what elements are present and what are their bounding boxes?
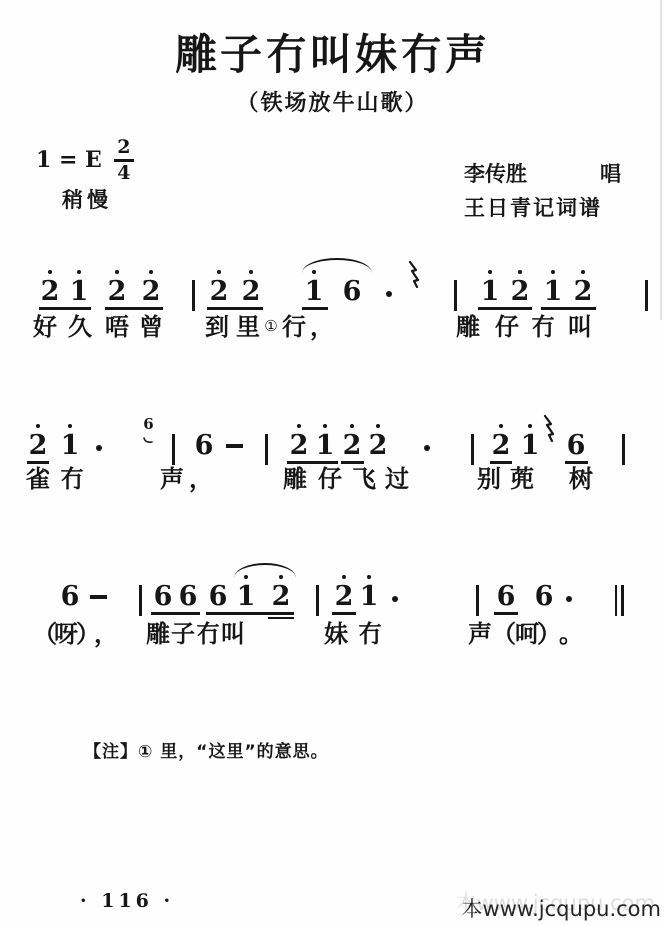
note-digit: 6 (209, 583, 228, 610)
augmentation-dot (424, 445, 430, 451)
lyric-char: 雕 (280, 466, 310, 492)
lyric-char: 冇 (355, 621, 385, 647)
singer-credit: 李传胜 唱 (464, 158, 621, 188)
lyric-char: 叫 (565, 314, 595, 340)
note-1: 1 (66, 278, 92, 305)
credits-block: 李传胜 唱 王日青记词谱 (464, 158, 621, 222)
octave-dot (551, 270, 555, 274)
note-digit: 6 (567, 432, 586, 459)
note-6: 6 (150, 583, 176, 610)
note-digit: 2 (369, 432, 388, 459)
note-2: 2 (37, 278, 63, 305)
slur-arc (302, 258, 372, 273)
octave-dot (323, 424, 327, 428)
note-1: 1 (540, 278, 566, 305)
lyric-char: 冇 (57, 466, 87, 492)
lyric-char: 树 (566, 466, 596, 492)
note-1: 1 (233, 583, 259, 610)
note-digit: 1 (360, 583, 379, 610)
note-digit: 1 (70, 278, 89, 305)
note-digit: 6 (195, 432, 214, 459)
beam-underline (105, 307, 163, 310)
augmentation-dot (96, 445, 102, 451)
lyric-char: 冇 (528, 314, 558, 340)
note-digit: 2 (511, 278, 530, 305)
note-digit: 1 (61, 432, 80, 459)
slur-arc (234, 563, 296, 578)
beam-underline (565, 461, 588, 464)
note-digit: 6 (154, 583, 173, 610)
note-digit: 2 (41, 278, 60, 305)
note-digit: 6 (535, 583, 554, 610)
note-digit: 2 (492, 432, 511, 459)
grace-note: 6 (143, 417, 154, 447)
song-title: 雕子冇叫妹冇声 (0, 22, 665, 82)
lyric-char: 唔 (102, 314, 132, 340)
note-digit: 2 (29, 432, 48, 459)
octave-dot (115, 270, 119, 274)
beam-underline (332, 612, 356, 615)
note-1: 1 (477, 278, 503, 305)
note-2: 2 (138, 278, 164, 305)
lyric-char: 飞 (349, 466, 379, 492)
barline (172, 434, 175, 465)
note-digit: 6 (343, 278, 362, 305)
lyric-char: 久 (65, 314, 95, 340)
octave-dot (48, 270, 52, 274)
beam-underline (287, 461, 338, 464)
beam-underline (27, 461, 49, 464)
beam-underline-second (268, 617, 294, 620)
beam-underline (494, 612, 518, 615)
lyric-char: 雕 (453, 314, 483, 340)
note-2: 2 (238, 278, 264, 305)
barline (471, 434, 474, 465)
octave-dot (528, 424, 532, 428)
barline (645, 280, 648, 311)
octave-dot (376, 424, 380, 428)
beam-underline (478, 307, 532, 310)
breath-mark-icon (407, 261, 420, 292)
note-6: 6 (205, 583, 231, 610)
beam-underline (341, 461, 364, 464)
note-6: 6 (493, 583, 519, 610)
octave-dot (518, 270, 522, 274)
lyric-char: 行 (279, 314, 309, 340)
octave-dot (367, 575, 371, 579)
lyric-char: 仔 (492, 314, 522, 340)
note-digit: 2 (242, 278, 261, 305)
lyric-char: 雀 (23, 466, 53, 492)
note-digit: 1 (544, 278, 563, 305)
note-digit: 2 (343, 432, 362, 459)
lyric-char: 过 (382, 466, 412, 492)
beam-underline (302, 307, 328, 310)
note-1: 1 (356, 583, 382, 610)
note-1: 1 (517, 432, 543, 459)
barline (454, 280, 457, 311)
octave-dot (488, 270, 492, 274)
singer-role: 唱 (600, 158, 621, 188)
breath-mark-icon (542, 415, 555, 446)
note-6: 6 (191, 432, 217, 459)
singer-name: 李传胜 (464, 158, 527, 188)
key-text: 1 = E (36, 147, 102, 173)
scan-edge-artifact (660, 0, 662, 320)
final-bar-thin (615, 585, 617, 616)
lyric-char: 蔸 (507, 466, 537, 492)
octave-dot (499, 424, 503, 428)
note-6: 6 (531, 583, 557, 610)
octave-dot (297, 424, 301, 428)
octave-dot (249, 270, 253, 274)
beam-underline (206, 612, 294, 615)
lyric-char: 妹 (321, 621, 351, 647)
note-digit: 1 (305, 278, 324, 305)
note-digit: 2 (210, 278, 229, 305)
note-digit: 2 (335, 583, 354, 610)
note-1: 1 (312, 432, 338, 459)
note-6: 6 (563, 432, 589, 459)
lyric-char: 仔 (315, 466, 345, 492)
note-6: 6 (339, 278, 365, 305)
note-digit: 1 (316, 432, 335, 459)
watermark: 本www.jcqupu.com (462, 893, 661, 923)
note-digit: 2 (272, 583, 291, 610)
barline (192, 280, 195, 311)
note-digit: 1 (237, 583, 256, 610)
lyric-char: 好 (30, 314, 60, 340)
note-2: 2 (339, 432, 365, 459)
transcriber-credit: 王日青记词谱 (464, 192, 621, 222)
note-6: 6 (175, 583, 201, 610)
octave-dot (217, 270, 221, 274)
beam-underline (490, 461, 512, 464)
lyric-char: 到 (202, 314, 232, 340)
note-digit: 1 (481, 278, 500, 305)
key-signature: 1 = E 2 4 (36, 138, 134, 183)
time-signature: 2 4 (114, 138, 134, 183)
octave-dot (350, 424, 354, 428)
lyric-char: ， (307, 314, 337, 340)
octave-dot (581, 270, 585, 274)
lyric-char: 曾 (136, 314, 166, 340)
note-digit: 6 (179, 583, 198, 610)
sheet-music-page: 雕子冇叫妹冇声 （铁场放牛山歌） 1 = E 2 4 稍慢 李传胜 唱 王日青记… (0, 0, 665, 925)
beam-underline (541, 307, 596, 310)
augmentation-dot (386, 291, 392, 297)
note-2: 2 (570, 278, 596, 305)
note-2: 2 (331, 583, 357, 610)
song-subtitle: （铁场放牛山歌） (0, 86, 665, 117)
octave-dot (77, 270, 81, 274)
barline (265, 434, 268, 465)
octave-dot (36, 424, 40, 428)
note-digit: 2 (108, 278, 127, 305)
lyric-char: 叫 (218, 621, 248, 647)
octave-dot (68, 424, 72, 428)
note-2: 2 (104, 278, 130, 305)
tempo-marking: 稍慢 (62, 184, 112, 214)
lyric-char: ， (91, 621, 121, 647)
duration-dash (226, 444, 243, 448)
beam-underline (207, 307, 263, 310)
footnote: 【注】① 里，“这里”的意思。 (84, 737, 329, 762)
note-1: 1 (301, 278, 327, 305)
augmentation-dot (392, 596, 398, 602)
barline (316, 585, 319, 616)
note-digit: 6 (61, 583, 80, 610)
page-number: · 116 · (80, 890, 174, 912)
lyric-char: 声 (157, 466, 187, 492)
note-6: 6 (57, 583, 83, 610)
lyric-char: 别 (474, 466, 504, 492)
grace-hook-icon (143, 432, 154, 447)
note-digit: 2 (142, 278, 161, 305)
lyric-char: ， (186, 466, 216, 492)
beam-underline (39, 307, 91, 310)
note-digit: 2 (574, 278, 593, 305)
note-2: 2 (206, 278, 232, 305)
barline (476, 585, 479, 616)
note-2: 2 (25, 432, 51, 459)
time-numerator: 2 (117, 138, 130, 157)
grace-note-digit: 6 (143, 417, 153, 432)
final-bar-thick (621, 585, 624, 616)
note-2: 2 (286, 432, 312, 459)
note-2: 2 (488, 432, 514, 459)
beam-underline (151, 612, 200, 615)
note-digit: 6 (497, 583, 516, 610)
note-2: 2 (507, 278, 533, 305)
time-denominator: 4 (117, 164, 130, 183)
note-digit: 1 (521, 432, 540, 459)
note-1: 1 (57, 432, 83, 459)
duration-dash (90, 595, 107, 599)
lyric-char: 。 (556, 621, 586, 647)
note-2: 2 (268, 583, 294, 610)
octave-dot (149, 270, 153, 274)
octave-dot (342, 575, 346, 579)
barline (139, 585, 142, 616)
barline (622, 434, 625, 465)
augmentation-dot (566, 596, 572, 602)
note-digit: 2 (290, 432, 309, 459)
final-barline (615, 585, 625, 616)
note-2: 2 (365, 432, 391, 459)
